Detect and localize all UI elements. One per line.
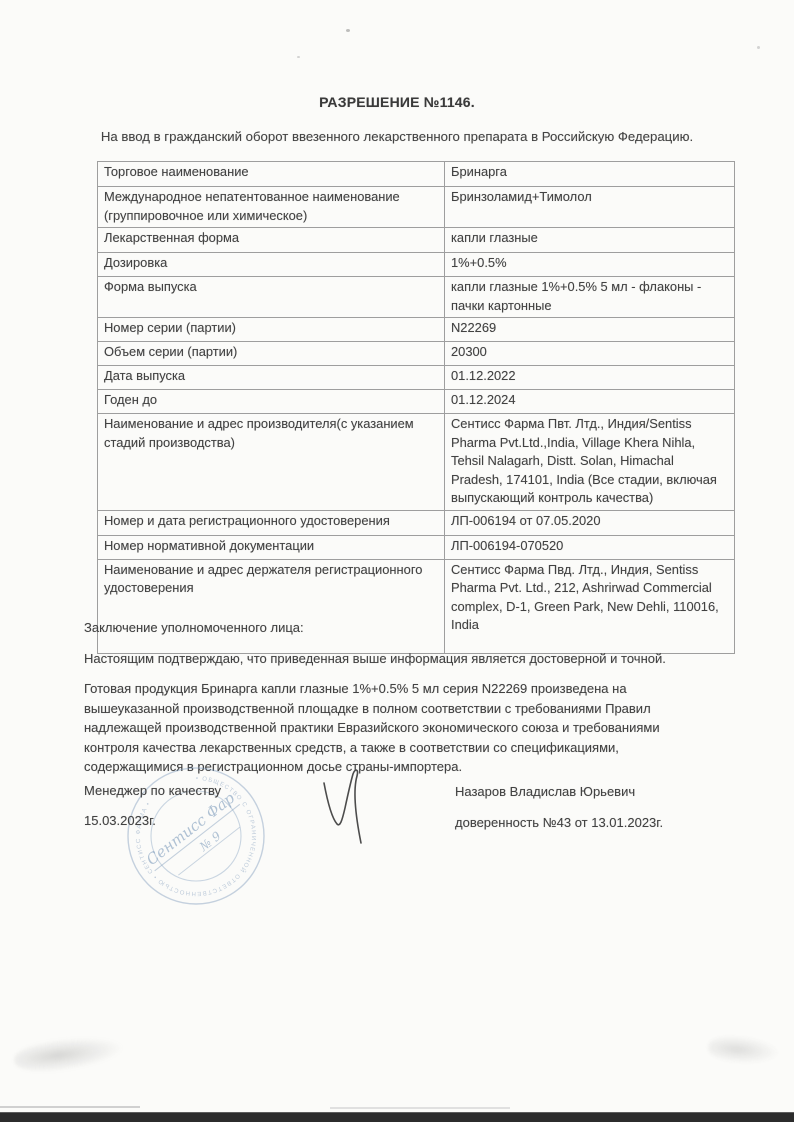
- handwritten-signature: [300, 763, 390, 858]
- row-value: ЛП-006194-070520: [445, 535, 735, 559]
- row-value: ЛП-006194 от 07.05.2020: [445, 510, 735, 535]
- scan-speck: [757, 46, 760, 49]
- table-row: Номер и дата регистрационного удостовере…: [98, 510, 735, 535]
- table-row: Международное непатентованное наименован…: [98, 187, 735, 228]
- signer-name: Назаров Владислав Юрьевич: [455, 784, 635, 799]
- table-row: Номер нормативной документации ЛП-006194…: [98, 535, 735, 559]
- scan-smudge: [12, 1031, 125, 1076]
- row-value: капли глазные 1%+0.5% 5 мл - флаконы - п…: [445, 277, 735, 318]
- stamp-script-text: Сентисс Фар: [143, 789, 238, 869]
- row-label: Наименование и адрес производителя(с ука…: [98, 414, 445, 511]
- row-value: 1%+0.5%: [445, 253, 735, 277]
- table-row: Наименование и адрес держателя регистрац…: [98, 559, 735, 653]
- statement-paragraph: Готовая продукция Бринарга капли глазные…: [84, 679, 712, 777]
- table-row: Объем серии (партии) 20300: [98, 342, 735, 366]
- table-row: Годен до 01.12.2024: [98, 390, 735, 414]
- table-row: Дата выпуска 01.12.2022: [98, 366, 735, 390]
- table-row: Наименование и адрес производителя(с ука…: [98, 414, 735, 511]
- signer-authority: доверенность №43 от 13.01.2023г.: [455, 815, 663, 830]
- row-label: Дата выпуска: [98, 366, 445, 390]
- row-label: Лекарственная форма: [98, 228, 445, 253]
- scan-smudge: [707, 1033, 781, 1067]
- table-row: Дозировка 1%+0.5%: [98, 253, 735, 277]
- row-label: Годен до: [98, 390, 445, 414]
- document-subtitle: На ввод в гражданский оборот ввезенного …: [0, 129, 794, 144]
- conclusion-heading: Заключение уполномоченного лица:: [84, 620, 304, 635]
- scan-speck: [297, 56, 300, 58]
- row-value: Сентисс Фарма Пвд. Лтд., Индия, Sentiss …: [445, 559, 735, 653]
- row-value: 01.12.2024: [445, 390, 735, 414]
- scanned-document-page: РАЗРЕШЕНИЕ №1146. На ввод в гражданский …: [0, 0, 794, 1122]
- scanner-edge-band: [0, 1112, 794, 1122]
- signature-date: 15.03.2023г.: [84, 813, 156, 828]
- row-value: Бринарга: [445, 162, 735, 187]
- scan-edge-line: [0, 1106, 140, 1108]
- scan-edge-line: [330, 1107, 510, 1109]
- row-label: Международное непатентованное наименован…: [98, 187, 445, 228]
- scan-speck: [346, 29, 350, 32]
- row-value: 20300: [445, 342, 735, 366]
- row-label: Номер серии (партии): [98, 318, 445, 342]
- signer-role: Менеджер по качеству: [84, 783, 221, 798]
- row-label: Объем серии (партии): [98, 342, 445, 366]
- registration-table: Торговое наименование Бринарга Междунаро…: [97, 161, 735, 654]
- confirmation-line: Настоящим подтверждаю, что приведенная в…: [84, 651, 666, 666]
- document-title: РАЗРЕШЕНИЕ №1146.: [0, 94, 794, 110]
- row-value: 01.12.2022: [445, 366, 735, 390]
- row-label: Торговое наименование: [98, 162, 445, 187]
- row-label: Номер и дата регистрационного удостовере…: [98, 510, 445, 535]
- table-row: Форма выпуска капли глазные 1%+0.5% 5 мл…: [98, 277, 735, 318]
- table-row: Лекарственная форма капли глазные: [98, 228, 735, 253]
- row-value: N22269: [445, 318, 735, 342]
- row-label: Дозировка: [98, 253, 445, 277]
- table-row: Торговое наименование Бринарга: [98, 162, 735, 187]
- row-value: Бринзоламид+Тимолол: [445, 187, 735, 228]
- row-label: Номер нормативной документации: [98, 535, 445, 559]
- table-row: Номер серии (партии) N22269: [98, 318, 735, 342]
- row-label: Наименование и адрес держателя регистрац…: [98, 559, 445, 653]
- row-label: Форма выпуска: [98, 277, 445, 318]
- row-value: капли глазные: [445, 228, 735, 253]
- row-value: Сентисс Фарма Пвт. Лтд., Индия/Sentiss P…: [445, 414, 735, 511]
